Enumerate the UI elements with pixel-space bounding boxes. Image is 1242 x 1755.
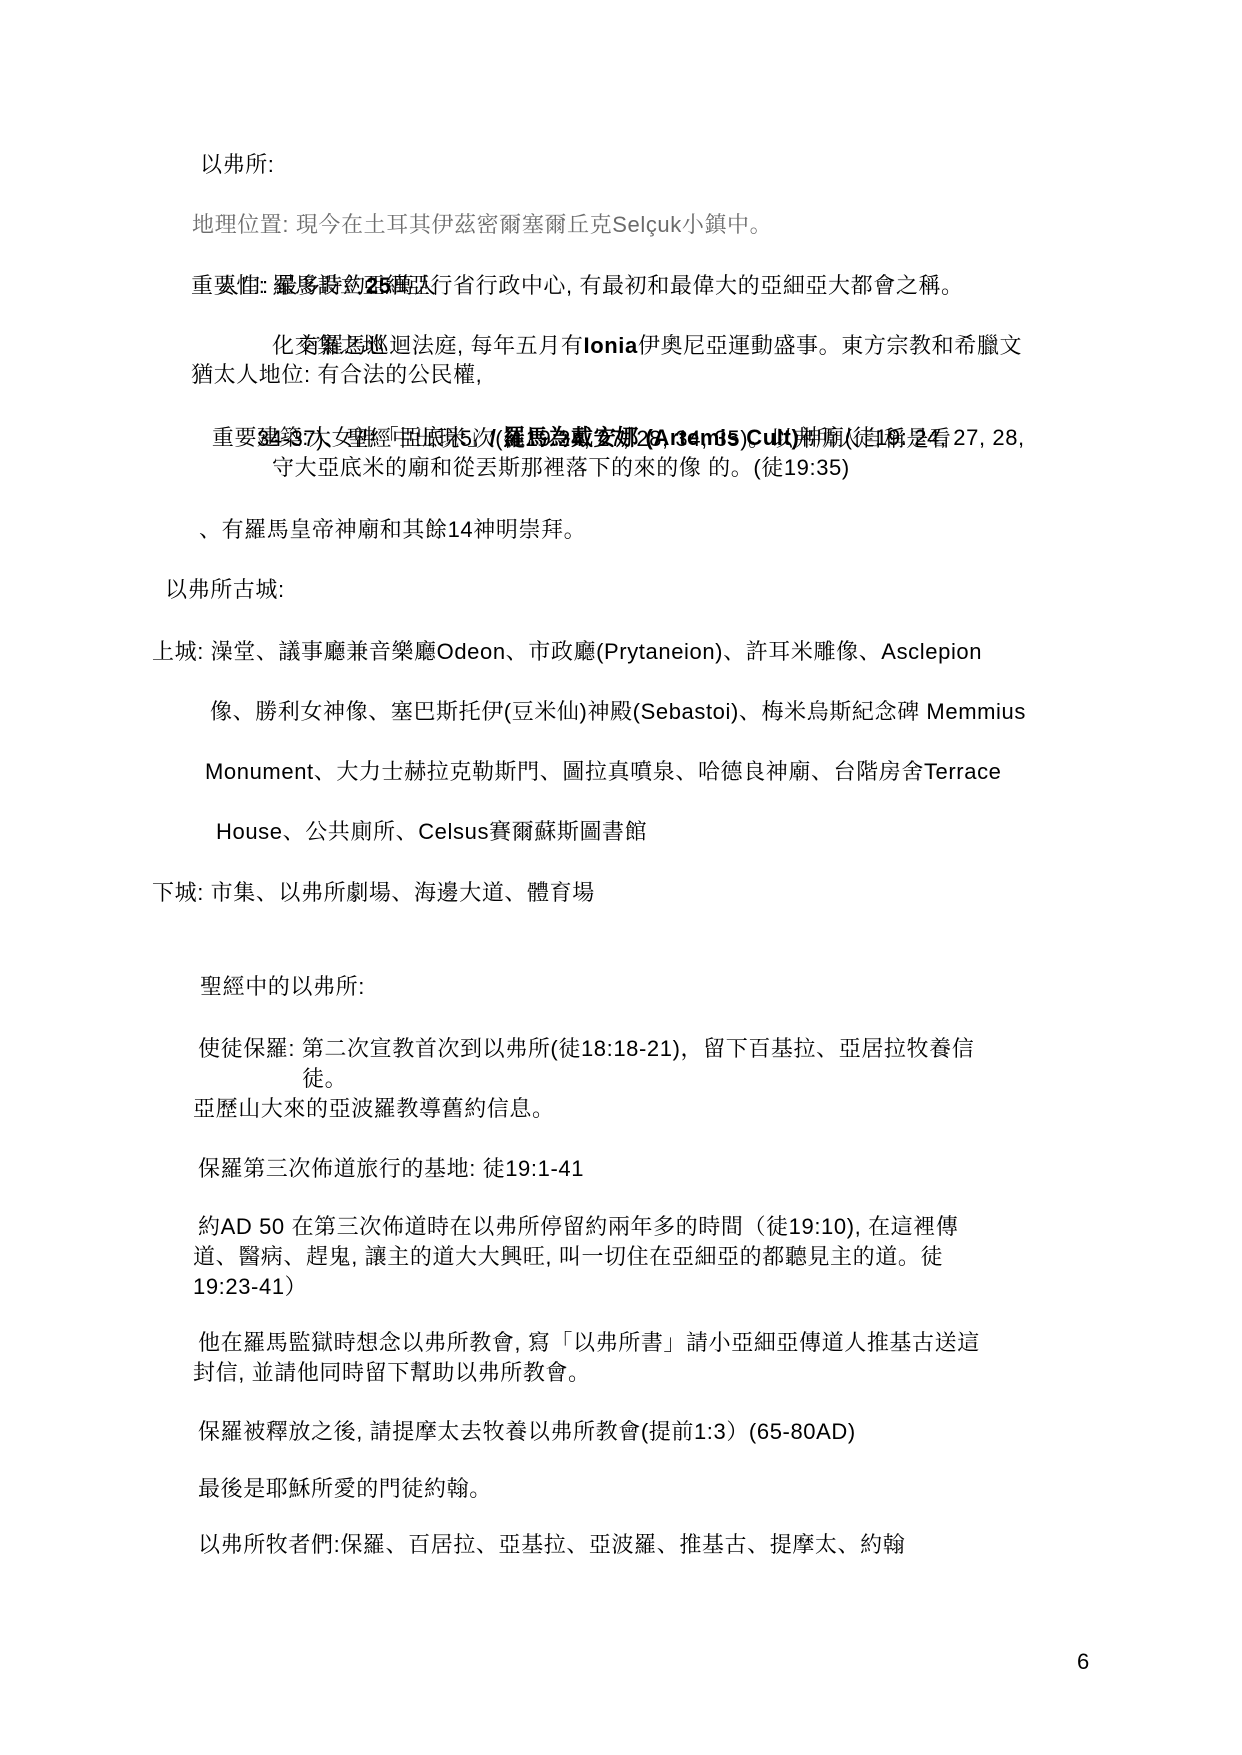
paul-second-journey-line-1: 使徒保羅: 第二次宣教首次到以弗所(徒18:18-21)，留下百基拉、亞居拉牧養…: [198, 1034, 974, 1064]
upper-city-line-1: 上城: 澡堂、議事廳兼音樂廳Odeon、市政廳(Prytaneion)、許耳米雕…: [152, 637, 982, 667]
third-journey-base-line: 保羅第三次佈道旅行的基地: 徒19:1-41: [198, 1154, 584, 1184]
jewish-status-line: 猶太人地位: 有合法的公民權,: [191, 360, 482, 390]
ionia-bold: Ionia: [584, 333, 638, 358]
doc-title: 以弗所:: [200, 150, 275, 180]
buildings-line-3: 守大亞底米的廟和從丟斯那裡落下的來的像 的。(徒19:35): [272, 453, 850, 483]
importance-line2-post: 伊奧尼亞運動盛事。東方宗教和希臘文: [638, 333, 1022, 358]
john-line: 最後是耶穌所愛的門徒約翰。: [198, 1474, 492, 1504]
geo-location-line: 地理位置: 現今在土耳其伊茲密爾塞爾丘克Selçuk小鎮中。: [192, 210, 772, 240]
bible-section-heading: 聖經中的以弗所:: [200, 972, 365, 1002]
lower-city-line: 下城: 市集、以弗所劇場、海邊大道、體育場: [152, 878, 595, 908]
ancient-city-heading: 以弗所古城:: [165, 575, 285, 605]
upper-city-line-3: Monument、大力士赫拉克勒斯門、圖拉真噴泉、哈德良神廟、台階房舍Terra…: [205, 757, 1002, 787]
ad50-line-2: 道、醫病、趕鬼, 讓主的道大大興旺, 叫一切住在亞細亞的都聽見主的道。徒: [193, 1242, 943, 1272]
ad50-line-3: 19:23-41）: [193, 1272, 307, 1302]
importance-line-3: 化交集之地: [272, 331, 385, 361]
upper-city-line-4: House、公共廁所、Celsus賽爾蘇斯圖書館: [216, 817, 647, 847]
document-page: 以弗所: 地理位置: 現今在土耳其伊茲密爾塞爾丘克Selçuk小鎮中。 人口: …: [0, 0, 1242, 1755]
pastors-line: 以弗所牧者們:保羅、百居拉、亞基拉、亞波羅、推基古、提摩太、約翰: [198, 1530, 905, 1560]
page-number: 6: [1077, 1647, 1089, 1677]
upper-city-line-2: 像、勝利女神像、塞巴斯托伊(豆米仙)神殿(Sebastoi)、梅米烏斯紀念碑 M…: [210, 697, 1026, 727]
importance-line-1: 重要性: 羅馬設立亞細亞行省行政中心, 有最初和最偉大的亞細亞大都會之稱。: [191, 271, 964, 301]
timothy-line: 保羅被釋放之後, 請提摩太去牧養以弗所教會(提前1:3）(65-80AD): [198, 1417, 856, 1447]
buildings-line-2: 34-37)、聖經中出現5次(徒19:24, 27, 28, 34, 35)。以…: [257, 424, 952, 454]
imperial-temples-line: 、有羅馬皇帝神廟和其餘14神明崇拜。: [199, 515, 586, 545]
paul-second-journey-line-2: 徒。: [302, 1064, 347, 1094]
ad50-line-1: 約AD 50 在第三次佈道時在以弗所停留約兩年多的時間（徒19:10), 在這裡…: [198, 1212, 958, 1242]
prison-letter-line-1: 他在羅馬監獄時想念以弗所教會, 寫「以弗所書」請小亞細亞傳道人推基古送這: [198, 1328, 980, 1358]
apollos-line: 亞歷山大來的亞波羅教導舊約信息。: [193, 1094, 555, 1124]
prison-letter-line-2: 封信, 並請他同時留下幫助以弗所教會。: [193, 1358, 591, 1388]
